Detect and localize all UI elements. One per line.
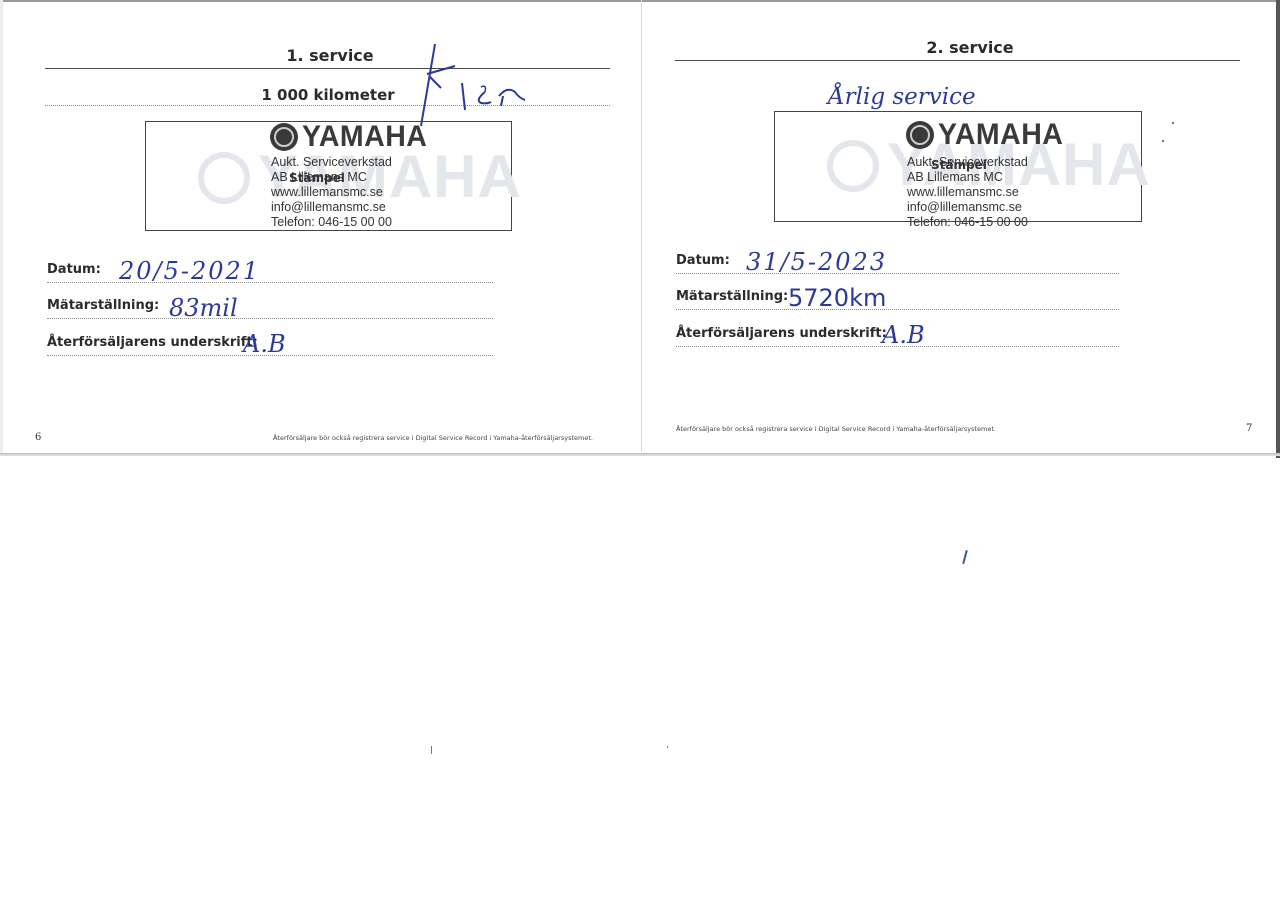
yamaha-watermark-emblem-icon bbox=[827, 140, 879, 192]
title-rule bbox=[675, 60, 1240, 61]
signature-value-handwritten: A.B bbox=[243, 330, 286, 358]
scan-speck bbox=[1172, 122, 1174, 124]
handwritten-klar bbox=[415, 40, 545, 130]
stamp-line: AB Lillemans MC bbox=[907, 170, 1028, 185]
stamp-line: www.lillemansmc.se bbox=[907, 185, 1028, 200]
service-title: 2. service bbox=[870, 38, 1070, 57]
handwritten-note: Årlig service bbox=[828, 84, 976, 110]
date-label: Datum: bbox=[676, 253, 730, 268]
odometer-value-handwritten: 83mil bbox=[169, 294, 238, 322]
page-right: 2. service Årlig service YAMAHA YAMAHA A… bbox=[642, 0, 1276, 452]
page-number: 6 bbox=[35, 432, 41, 443]
odometer-label: Mätarställning: bbox=[676, 289, 788, 304]
date-line bbox=[47, 282, 493, 283]
yamaha-logo: YAMAHA bbox=[938, 118, 1063, 152]
stamp-placeholder-label: Stämpel bbox=[931, 158, 987, 172]
yamaha-logo: YAMAHA bbox=[302, 120, 427, 154]
signature-field: Återförsäljarens underskrift: A.B bbox=[676, 317, 1119, 347]
signature-value-handwritten: A.B bbox=[882, 321, 925, 349]
odometer-line bbox=[47, 318, 493, 319]
scan-speck bbox=[431, 746, 432, 754]
signature-label: Återförsäljarens underskrift: bbox=[47, 335, 258, 350]
stamp-box: YAMAHA YAMAHA Aukt. Serviceverkstad AB L… bbox=[145, 121, 512, 231]
stamp-line: info@lillemansmc.se bbox=[271, 200, 392, 215]
stamp-line: Aukt. Serviceverkstad bbox=[271, 155, 392, 170]
scan-edge-bottom bbox=[0, 453, 1280, 456]
dealer-stamp-text: Aukt. Serviceverkstad AB Lillemans MC ww… bbox=[271, 155, 392, 230]
page-number: 7 bbox=[1246, 423, 1252, 434]
page-footer-note: Återförsäljare bör också registrera serv… bbox=[273, 434, 593, 442]
stamp-line: info@lillemansmc.se bbox=[907, 200, 1028, 215]
date-value-handwritten: 31/5-2023 bbox=[746, 248, 887, 276]
odometer-line bbox=[676, 309, 1119, 310]
yamaha-watermark-emblem-icon bbox=[198, 152, 250, 204]
date-value-handwritten: 20/5-2021 bbox=[119, 257, 260, 285]
page-left: 1. service 1 000 kilometer Klar YAMAHA Y… bbox=[0, 0, 640, 452]
scan-edge-right bbox=[1276, 0, 1280, 458]
stamp-line: Telefon: 046-15 00 00 bbox=[907, 215, 1028, 230]
date-line bbox=[676, 273, 1119, 274]
service-interval: 1 000 kilometer bbox=[228, 86, 428, 104]
yamaha-tuning-fork-icon bbox=[906, 121, 934, 149]
stamp-box: YAMAHA YAMAHA Aukt. Serviceverkstad AB L… bbox=[774, 111, 1142, 222]
service-title: 1. service bbox=[230, 46, 430, 65]
scan-speck bbox=[962, 550, 968, 564]
yamaha-tuning-fork-icon bbox=[270, 123, 298, 151]
date-field: Datum: 20/5-2021 bbox=[47, 253, 493, 283]
date-field: Datum: 31/5-2023 bbox=[676, 244, 1119, 274]
date-label: Datum: bbox=[47, 262, 101, 277]
stamp-placeholder-label: Stämpel bbox=[289, 171, 345, 185]
scan-speck bbox=[667, 746, 668, 748]
stamp-line: www.lillemansmc.se bbox=[271, 185, 392, 200]
signature-label: Återförsäljarens underskrift: bbox=[676, 326, 887, 341]
scan-speck bbox=[1162, 140, 1164, 142]
odometer-label: Mätarställning: bbox=[47, 298, 159, 313]
signature-field: Återförsäljarens underskrift: A.B bbox=[47, 326, 493, 356]
odometer-field: Mätarställning: 83mil bbox=[47, 289, 493, 319]
page-footer-note: Återförsäljare bör också registrera serv… bbox=[676, 425, 996, 433]
stamp-line: Telefon: 046-15 00 00 bbox=[271, 215, 392, 230]
odometer-value-handwritten: 5720km bbox=[788, 284, 886, 312]
odometer-field: Mätarställning: 5720km bbox=[676, 280, 1119, 310]
scanned-booklet-spread: 1. service 1 000 kilometer Klar YAMAHA Y… bbox=[0, 0, 1280, 458]
